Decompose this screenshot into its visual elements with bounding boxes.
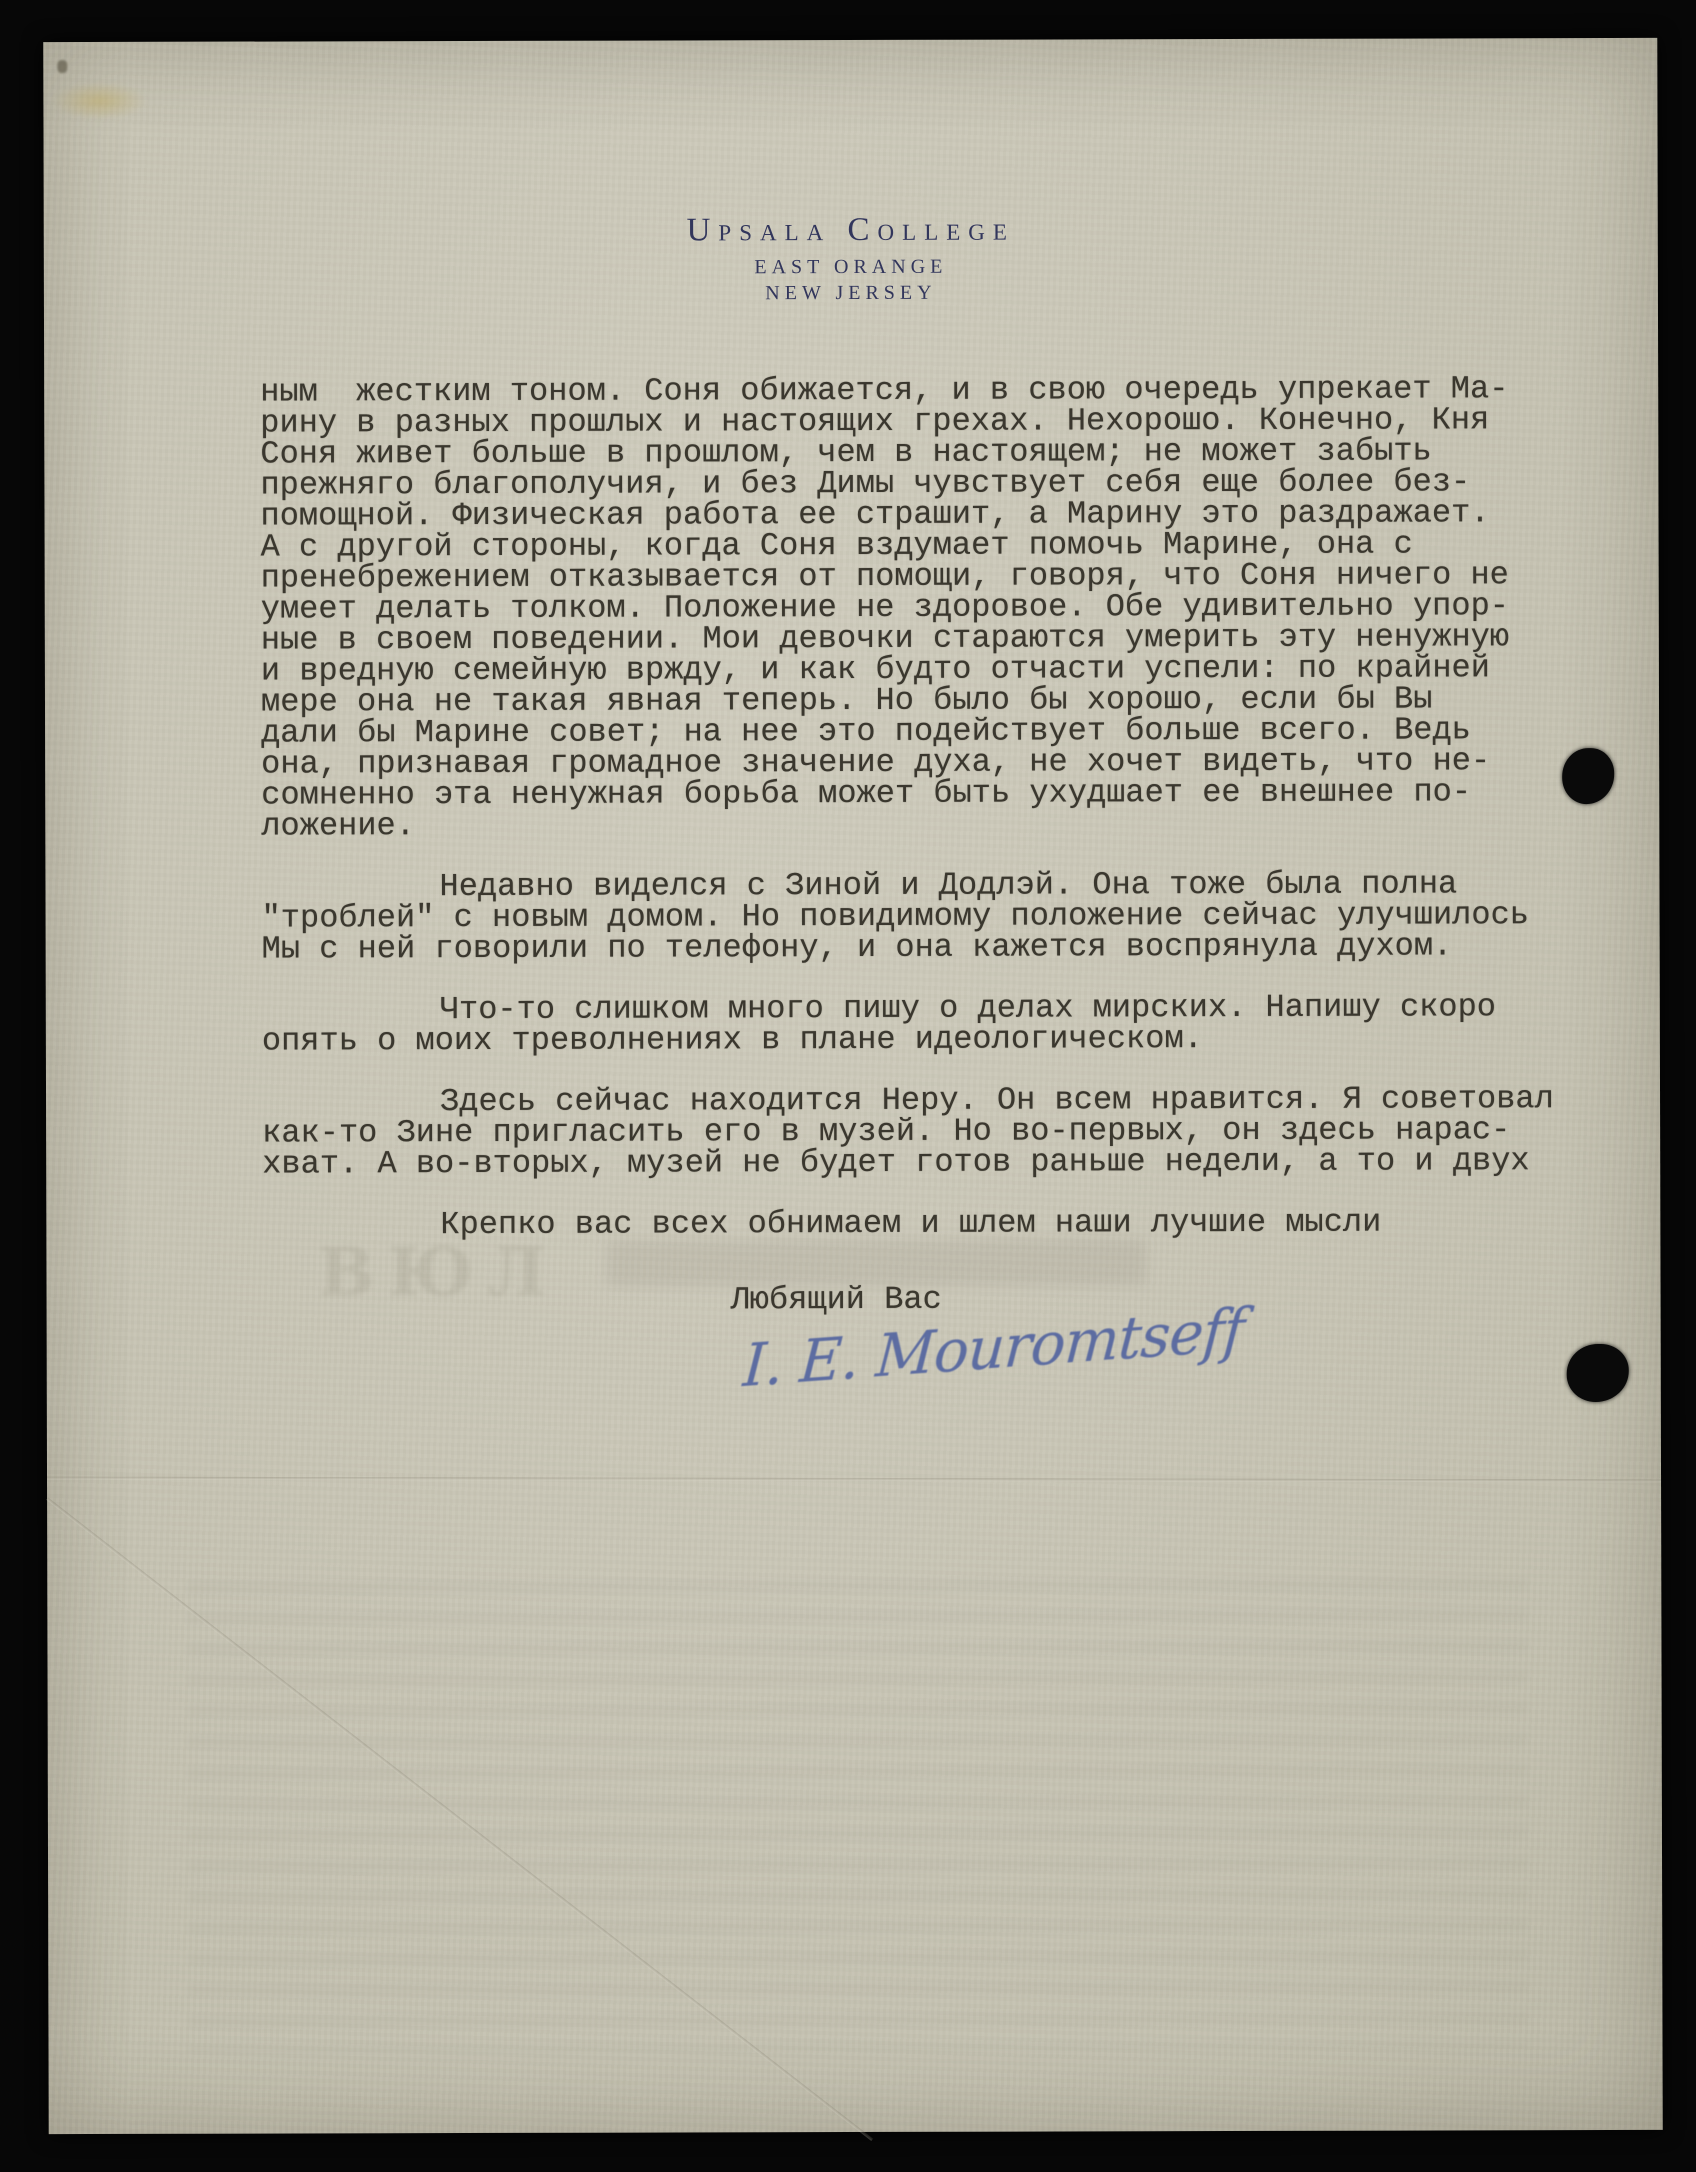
ink-speck	[57, 60, 67, 73]
letter-paragraph: Недавно виделся с Зиной и Додлэй. Она то…	[261, 868, 1621, 965]
letterhead-city: EAST ORANGE	[44, 254, 1658, 281]
letter-paragraph: Что-то слишком много пишу о делах мирски…	[262, 991, 1622, 1057]
bleed-through-band	[606, 1239, 1146, 1286]
bleed-through-lines	[187, 1578, 1528, 2052]
letterhead-institution: Upsala College	[44, 210, 1658, 251]
paper-stain	[51, 82, 147, 120]
letter-body: ным жестким тоном. Соня обижается, и в с…	[260, 373, 1623, 1366]
letter-paragraph: Здесь сейчас находится Неру. Он всем нра…	[262, 1083, 1622, 1180]
fold-crease-horizontal	[47, 1477, 1661, 1483]
letter-paper: Upsala College EAST ORANGE NEW JERSEY ны…	[43, 38, 1662, 2134]
handwritten-signature: I. E. Mouromtseff	[742, 1314, 1244, 1382]
letterhead-state: NEW JERSEY	[44, 280, 1658, 307]
punch-hole-bottom	[1567, 1344, 1629, 1402]
letterhead: Upsala College EAST ORANGE NEW JERSEY	[44, 210, 1658, 307]
bleed-through-text: ВЮЛ	[318, 1233, 559, 1312]
scanned-letter-background: Upsala College EAST ORANGE NEW JERSEY ны…	[0, 0, 1696, 2172]
letter-paragraph: ным жестким тоном. Соня обижается, и в с…	[260, 373, 1621, 842]
